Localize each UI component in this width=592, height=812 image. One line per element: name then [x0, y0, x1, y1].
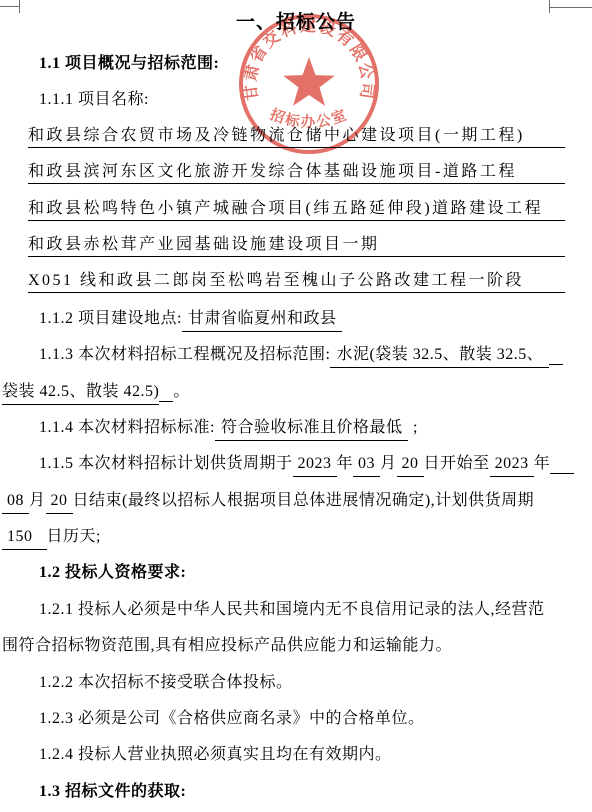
text-segment: 月 — [380, 455, 397, 472]
project-name-line: 和政县滨河东区文化旅游开发综合体基础设施项目-道路工程 — [0, 155, 592, 191]
section-1-3-heading: 1.3 招标文件的获取: — [0, 774, 592, 810]
clause-1-2-2: 1.2.2 本次招标不接受联合体投标。 — [0, 665, 592, 701]
section-1-1-2: 1.1.2 项目建设地点:甘肃省临夏州和政县 — [0, 301, 592, 337]
month-value-underlined: 08 — [2, 492, 29, 514]
document-page: 一、招标公告 1.1 项目概况与招标范围: 1.1.1 项目名称: 和政县综合农… — [0, 0, 592, 812]
project-name: X051 线和政县二郎岗至松鸣岩至槐山子公路改建工程一阶段 — [28, 264, 565, 293]
underline-stub — [550, 446, 574, 474]
project-name-line: X051 线和政县二郎岗至松鸣岩至槐山子公路改建工程一阶段 — [0, 264, 592, 300]
year-value-underlined: 2023 — [293, 455, 337, 477]
month-value-underlined: 03 — [353, 455, 380, 477]
clause-1-2-1-continued: 围符合招标物资范围,具有相应投标产品供应能力和运输能力。 — [0, 628, 592, 664]
section-1-1-5-continued: 150日历天; — [0, 519, 592, 555]
project-name-line: 和政县赤松茸产业园基础设施建设项目一期 — [0, 228, 592, 264]
punctuation: 。 — [173, 383, 190, 400]
project-name: 和政县赤松茸产业园基础设施建设项目一期 — [28, 228, 565, 257]
margin-mark — [549, 7, 592, 8]
clause-1-2-4: 1.2.4 投标人营业执照必须真实且均在有效期内。 — [0, 737, 592, 773]
day-value-underlined: 20 — [397, 455, 424, 477]
clause-1-2-3: 1.2.3 必须是公司《合格供应商名录》中的合格单位。 — [0, 701, 592, 737]
field-label: 1.1.3 本次材料招标工程概况及招标范围: — [39, 346, 330, 363]
text-segment: 日开始至 — [424, 455, 490, 472]
section-1-1-heading: 1.1 项目概况与招标范围: — [0, 46, 592, 82]
project-name-line: 和政县综合农贸市场及冷链物流仓储中心建设项目(一期工程) — [0, 119, 592, 155]
text-segment: 年 — [337, 455, 354, 472]
punctuation: ; — [413, 419, 418, 436]
year-value-underlined: 2023 — [490, 455, 534, 477]
section-1-1-4: 1.1.4 本次材料招标标准:符合验收标准且价格最低 ; — [0, 410, 592, 446]
section-1-1-1-label: 1.1.1 项目名称: — [0, 82, 592, 118]
section-1-1-3: 1.1.3 本次材料招标工程概况及招标范围:水泥(袋装 32.5、散装 32.5… — [0, 337, 592, 373]
days-value-underlined: 150 — [2, 528, 47, 550]
section-1-1-3-continued: 袋装 42.5、散装 42.5)。 — [0, 374, 592, 410]
underline-stub — [159, 374, 173, 402]
page-title: 一、招标公告 — [0, 0, 592, 46]
text-segment: 1.1.5 本次材料招标计划供货周期于 — [39, 455, 293, 472]
margin-mark — [19, 0, 20, 13]
section-1-1-5: 1.1.5 本次材料招标计划供货周期于2023年03月20日开始至2023年 — [0, 446, 592, 482]
field-value-underlined: 甘肃省临夏州和政县 — [182, 310, 343, 332]
field-value-underlined: 袋装 42.5、散装 42.5) — [2, 383, 159, 405]
day-value-underlined: 20 — [46, 492, 73, 514]
field-value-underlined: 符合验收标准且价格最低 — [215, 419, 409, 441]
clause-1-2-1: 1.2.1 投标人必须是中华人民共和国境内无不良信用记录的法人,经营范 — [0, 592, 592, 628]
project-name-line: 和政县松鸣特色小镇产城融合项目(纬五路延伸段)道路建设工程 — [0, 192, 592, 228]
project-name: 和政县松鸣特色小镇产城融合项目(纬五路延伸段)道路建设工程 — [28, 192, 565, 221]
text-segment: 日结束(最终以招标人根据项目总体进展情况确定),计划供货周期 — [73, 492, 535, 509]
field-label: 1.1.2 项目建设地点: — [39, 310, 182, 327]
project-name: 和政县综合农贸市场及冷链物流仓储中心建设项目(一期工程) — [28, 119, 565, 148]
section-1-2-heading: 1.2 投标人资格要求: — [0, 555, 592, 591]
field-label: 1.1.4 本次材料招标标准: — [39, 419, 215, 436]
field-value-underlined: 水泥(袋装 32.5、散装 32.5、 — [330, 346, 549, 368]
project-name: 和政县滨河东区文化旅游开发综合体基础设施项目-道路工程 — [28, 155, 565, 184]
margin-mark — [0, 6, 20, 7]
section-1-1-5-continued: 08月20日结束(最终以招标人根据项目总体进展情况确定),计划供货周期 — [0, 483, 592, 519]
text-segment: 日历天; — [47, 528, 101, 545]
margin-mark — [549, 0, 550, 13]
text-segment: 月 — [29, 492, 46, 509]
underline-stub — [549, 337, 563, 365]
text-segment: 年 — [534, 455, 551, 472]
